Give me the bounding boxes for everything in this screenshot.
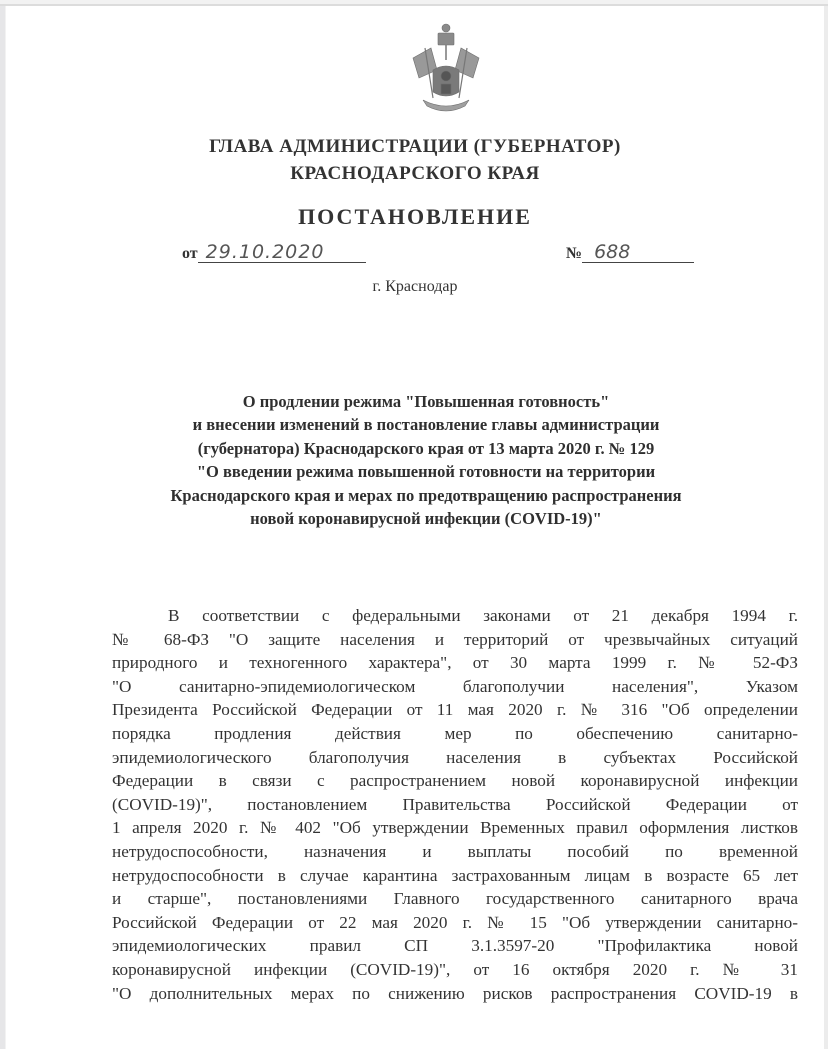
- body-line: эпидемиологических правил СП 3.1.3597-20…: [112, 934, 798, 958]
- title-line: новой коронавирусной инфекции (COVID-19)…: [126, 507, 726, 530]
- body-line: и старше", постановлениями Главного госу…: [112, 887, 798, 911]
- body-line: нетрудоспособности, назначения и выплаты…: [112, 840, 798, 864]
- body-line: эпидемиологического благополучия населен…: [112, 746, 798, 770]
- body-line: "О санитарно-эпидемиологическом благопол…: [112, 675, 798, 699]
- date-field: от29.10.2020: [182, 242, 366, 263]
- body-line: (COVID-19)", постановлением Правительств…: [112, 793, 798, 817]
- body-line: коронавирусной инфекции (COVID-19)", от …: [112, 958, 798, 982]
- title-line: (губернатора) Краснодарского края от 13 …: [126, 437, 726, 460]
- title-line: Краснодарского края и мерах по предотвра…: [126, 484, 726, 507]
- title-line: и внесении изменений в постановление гла…: [126, 413, 726, 436]
- date-value: 29.10.2020: [198, 242, 366, 263]
- coat-of-arms-icon: [403, 20, 489, 116]
- body-line: Президента Российской Федерации от 11 ма…: [112, 698, 798, 722]
- right-edge: [824, 6, 828, 1049]
- body-line: природного и техногенного характера", от…: [112, 651, 798, 675]
- body-line: № 68-ФЗ "О защите населения и территорий…: [112, 628, 798, 652]
- body-line: порядка продления действия мер по обеспе…: [112, 722, 798, 746]
- document-title: О продлении режима "Повышенная готовност…: [126, 390, 726, 530]
- left-edge-bar: [0, 6, 5, 1049]
- number-value: 688: [582, 242, 694, 263]
- number-field: №688: [566, 242, 694, 263]
- body-line: 1 апреля 2020 г. № 402 "Об утверждении В…: [112, 816, 798, 840]
- authority-title-line1: ГЛАВА АДМИНИСТРАЦИИ (ГУБЕРНАТОР): [6, 136, 824, 158]
- document-page: ГЛАВА АДМИНИСТРАЦИИ (ГУБЕРНАТОР) КРАСНОД…: [6, 6, 824, 1049]
- body-line: "О дополнительных мерах по снижению риск…: [112, 982, 798, 1006]
- body-line: В соответствии с федеральными законами о…: [112, 604, 798, 628]
- title-line: "О введении режима повышенной готовности…: [126, 460, 726, 483]
- document-type: ПОСТАНОВЛЕНИЕ: [6, 204, 824, 230]
- body-line: нетрудоспособности в случае карантина за…: [112, 864, 798, 888]
- body-line: Российской Федерации от 22 мая 2020 г. №…: [112, 911, 798, 935]
- authority-title-line2: КРАСНОДАРСКОГО КРАЯ: [6, 163, 824, 185]
- date-label: от: [182, 245, 198, 262]
- title-line: О продлении режима "Повышенная готовност…: [126, 390, 726, 413]
- number-label: №: [566, 245, 582, 262]
- document-body: В соответствии с федеральными законами о…: [112, 604, 798, 1005]
- body-line: Федерации в связи с распространением нов…: [112, 769, 798, 793]
- city: г. Краснодар: [6, 278, 824, 296]
